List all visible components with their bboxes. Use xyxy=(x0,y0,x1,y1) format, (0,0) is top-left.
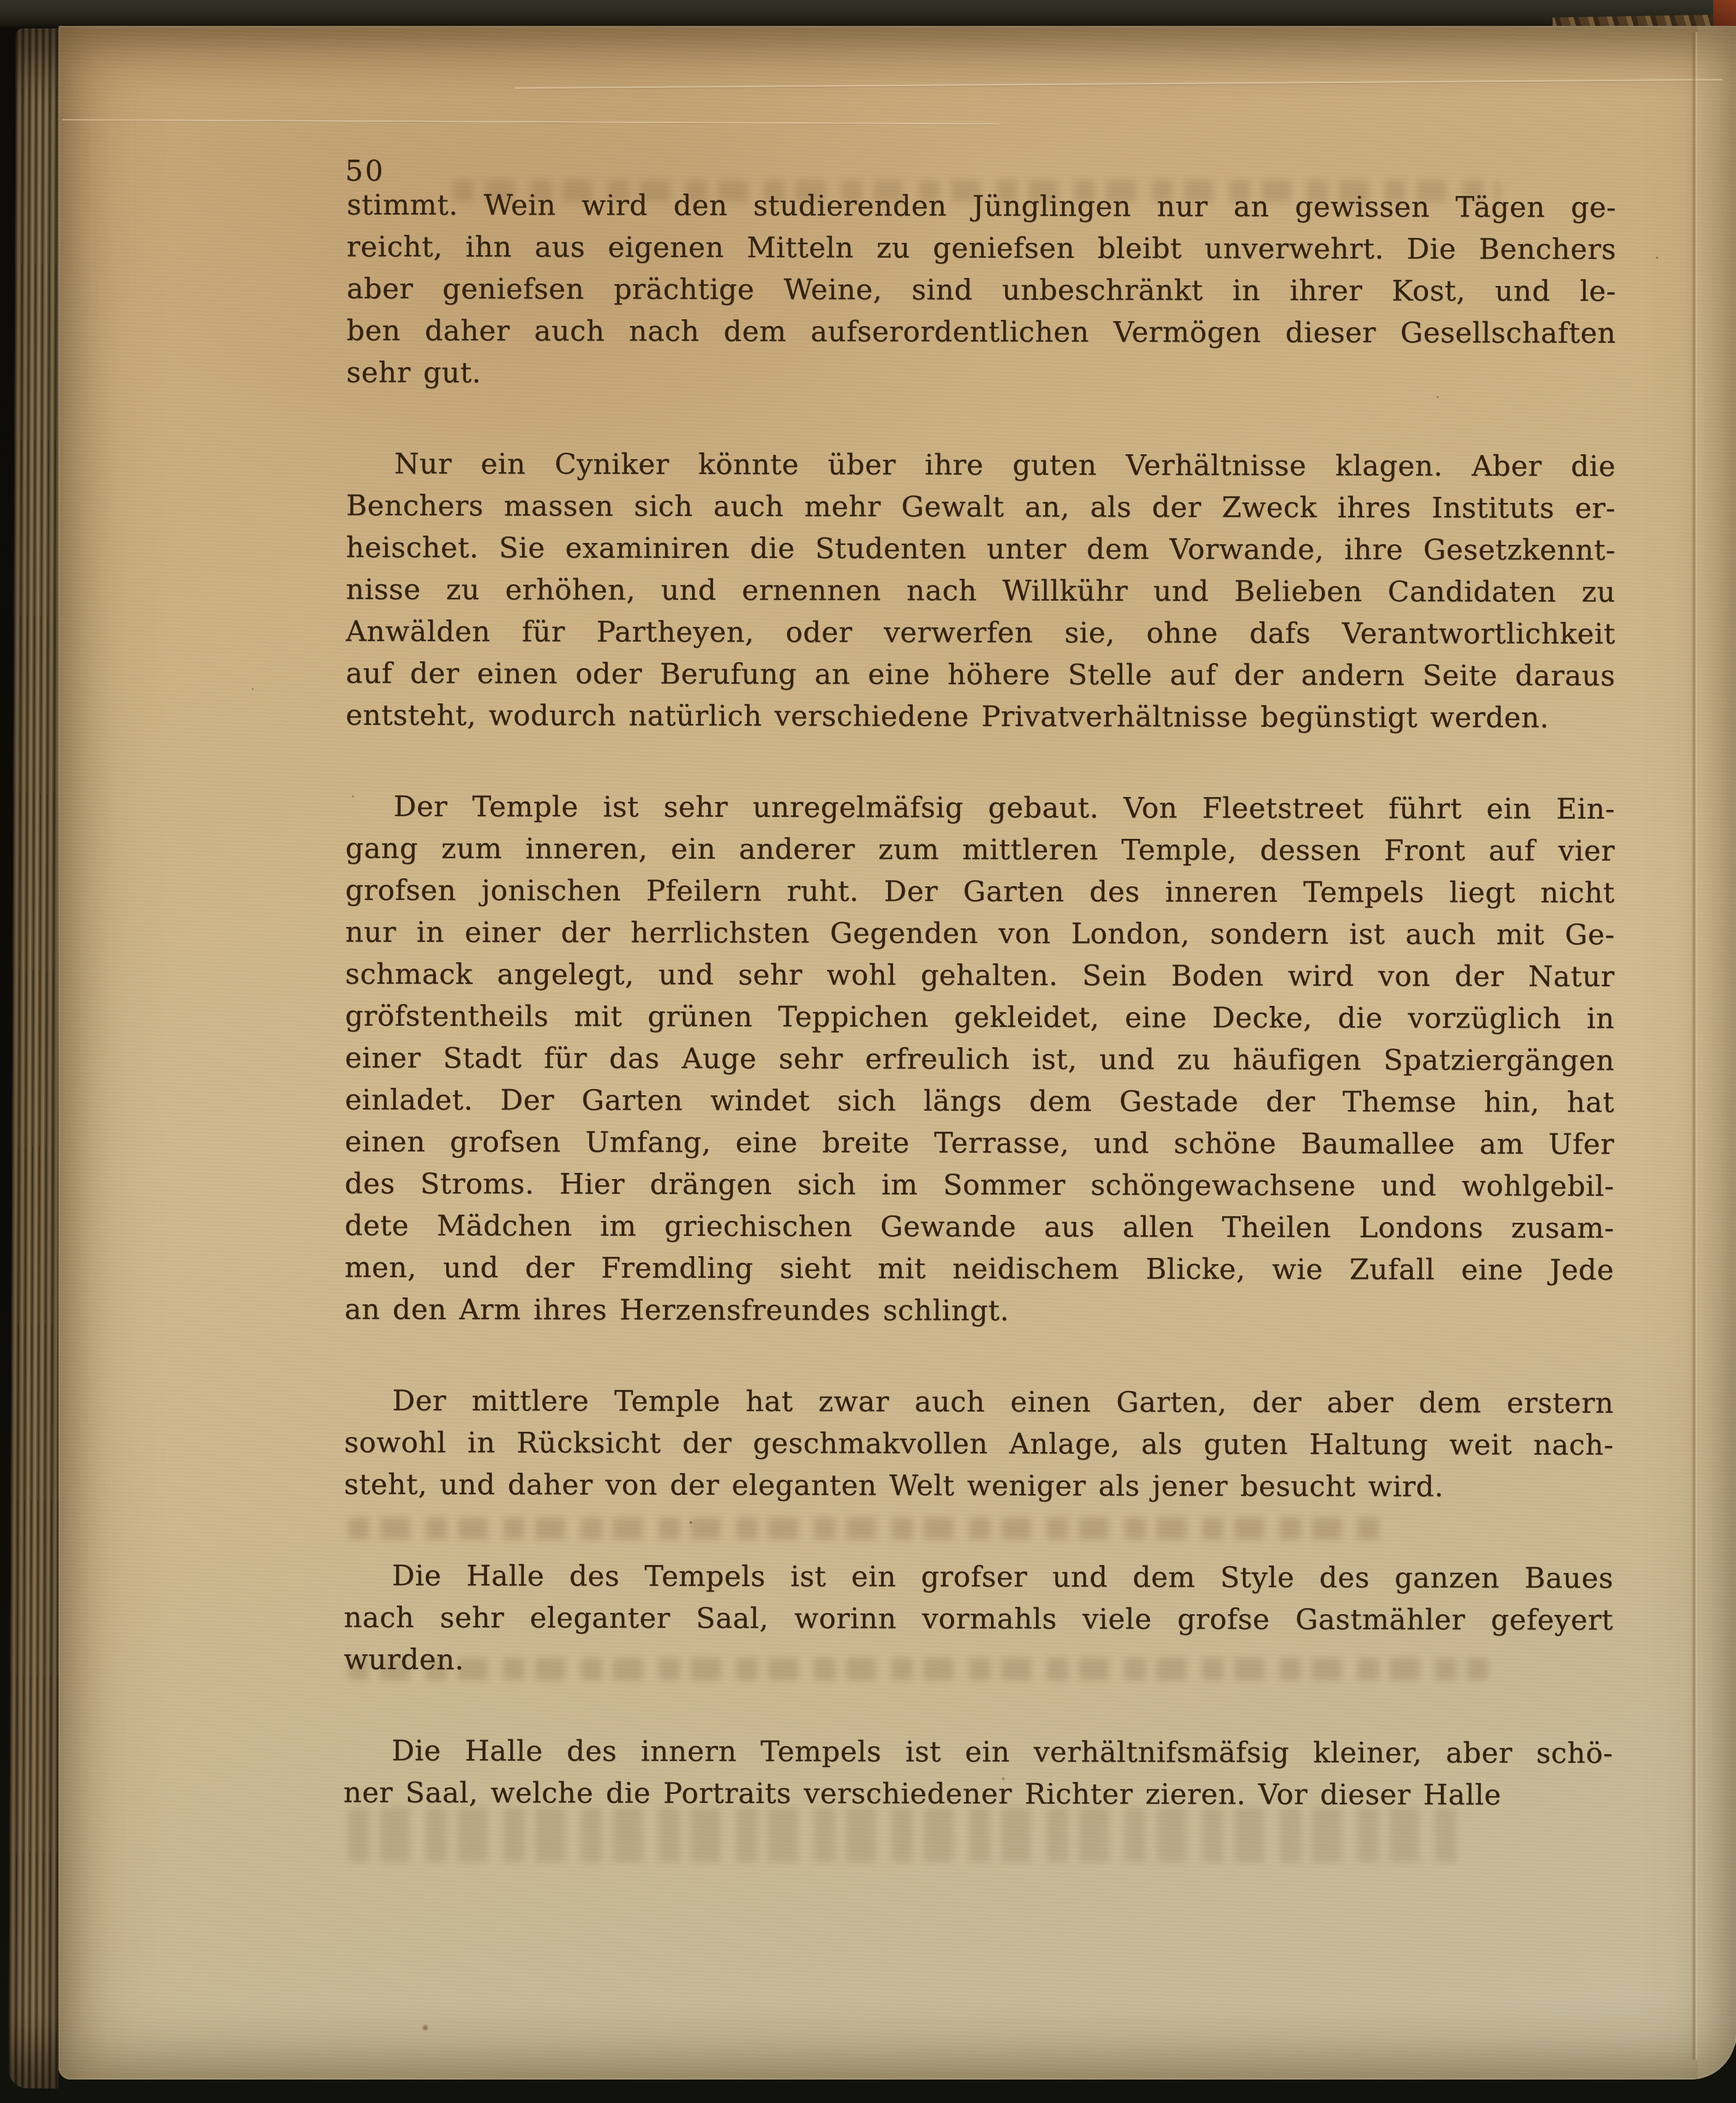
text-line: an den Arm ihres Herzensfreundes schling… xyxy=(344,1288,1614,1333)
text-line: gröfstentheils mit grünen Teppichen gekl… xyxy=(345,995,1615,1039)
text-line: Anwälden für Partheyen, oder verwerfen s… xyxy=(346,610,1615,655)
text-line: schmack angelegt, und sehr wohl gehalten… xyxy=(345,953,1615,997)
text-line: sowohl in Rücksicht der geschmakvollen A… xyxy=(344,1421,1613,1466)
text-line: heischet. Sie examiniren die Studenten u… xyxy=(346,526,1615,571)
text-line: sehr gut. xyxy=(346,351,1616,396)
text-line: entsteht, wodurch natürlich verschiedene… xyxy=(346,694,1615,738)
text-line: Nur ein Cyniker könnte über ihre guten V… xyxy=(346,443,1616,487)
text-line: auf der einen oder Berufung an eine höhe… xyxy=(346,652,1615,696)
crease-line-right xyxy=(515,78,1722,90)
vertical-fold xyxy=(1692,32,1698,2060)
text-line: nur in einer der herrlichsten Gegenden v… xyxy=(345,911,1615,955)
paragraph: Der mittlere Temple hat zwar auch einen … xyxy=(344,1379,1613,1508)
text-line: gang zum inneren, ein anderer zum mittle… xyxy=(345,827,1615,872)
text-line: dete Mädchen im griechischen Gewande aus… xyxy=(344,1204,1614,1249)
text-line: Benchers massen sich auch mehr Gewalt an… xyxy=(346,484,1616,529)
text-line: Die Halle des innern Tempels ist ein ver… xyxy=(343,1729,1613,1774)
text-line: wurden. xyxy=(344,1638,1613,1683)
text-line: einen grofsen Umfang, eine breite Terras… xyxy=(344,1121,1614,1165)
crease-line-left xyxy=(62,119,999,126)
bleedthrough-ghost xyxy=(348,1807,1457,1863)
binding-top-edge xyxy=(0,0,1736,27)
text-line: men, und der Fremdling sieht mit neidisc… xyxy=(344,1246,1614,1291)
text-line: steht, und daher von der eleganten Welt … xyxy=(344,1463,1613,1508)
text-line: des Stroms. Hier drängen sich im Sommer … xyxy=(344,1162,1614,1207)
body-text: stimmt. Wein wird den studierenden Jüngl… xyxy=(343,184,1616,1816)
paragraph: Nur ein Cyniker könnte über ihre guten V… xyxy=(346,443,1616,738)
text-line: grofsen jonischen Pfeilern ruht. Der Gar… xyxy=(345,869,1615,913)
paragraph: Die Halle des innern Tempels ist ein ver… xyxy=(343,1729,1613,1816)
text-line: reicht, ihn aus eigenen Mitteln zu genie… xyxy=(346,226,1616,270)
paragraph: Der Temple ist sehr unregelmäfsig gebaut… xyxy=(344,785,1615,1333)
book-page: 50 stimmt. Wein wird den studierenden Jü… xyxy=(59,26,1736,2080)
text-line: ner Saal, welche die Portraits verschied… xyxy=(343,1771,1613,1816)
text-line: ben daher auch nach dem aufserordentlich… xyxy=(346,309,1616,354)
text-line: stimmt. Wein wird den studierenden Jüngl… xyxy=(347,184,1616,228)
text-line: Die Halle des Tempels ist ein grofser un… xyxy=(344,1554,1613,1599)
text-line: Der Temple ist sehr unregelmäfsig gebaut… xyxy=(346,785,1615,830)
page-number: 50 xyxy=(345,154,385,187)
text-line: aber geniefsen prächtige Weine, sind unb… xyxy=(346,267,1616,312)
page-curl-highlight xyxy=(1698,26,1736,2080)
text-line: einer Stadt für das Auge sehr erfreulich… xyxy=(345,1037,1615,1081)
paragraph: stimmt. Wein wird den studierenden Jüngl… xyxy=(346,184,1616,396)
book-scan: 50 stimmt. Wein wird den studierenden Jü… xyxy=(0,0,1736,2103)
page-stack-edge xyxy=(9,28,65,2088)
text-line: einladet. Der Garten windet sich längs d… xyxy=(345,1079,1615,1123)
text-line: Der mittlere Temple hat zwar auch einen … xyxy=(344,1379,1614,1424)
text-line: nisse zu erhöhen, und ernennen nach Will… xyxy=(346,568,1615,613)
paragraph: Die Halle des Tempels ist ein grofser un… xyxy=(344,1554,1613,1683)
text-line: nach sehr eleganter Saal, worinn vormahl… xyxy=(344,1596,1613,1641)
